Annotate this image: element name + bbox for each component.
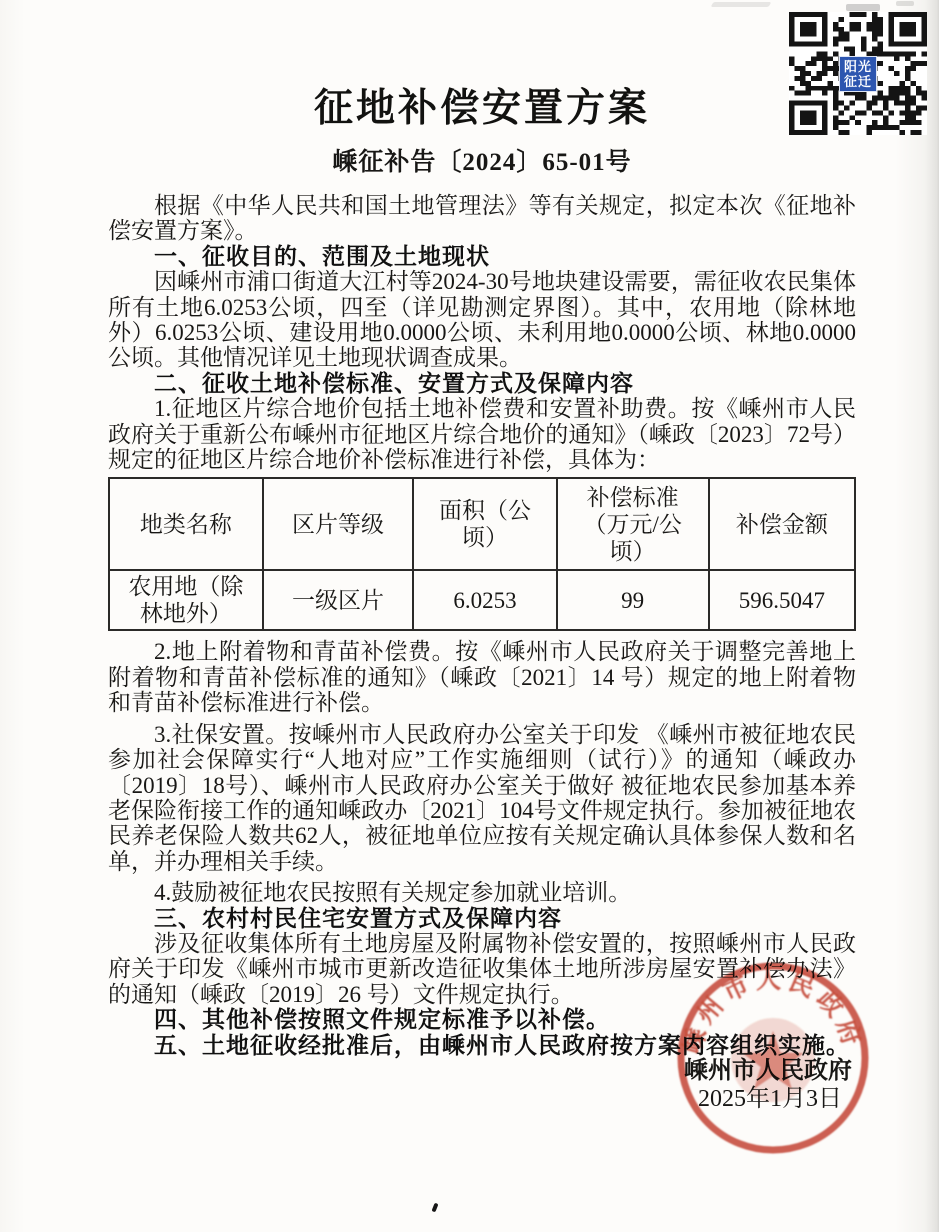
section-2-paragraph-3: 3.社保安置。按嵊州市人民政府办公室关于印发 《嵊州市被征地农民参加社会保障实行… [108, 722, 856, 874]
page-title: 征地补偿安置方案 [108, 86, 856, 132]
section-5-heading: 五、土地征收经批准后，由嵊州市人民政府按方案内容组织实施。 [108, 1033, 856, 1058]
table-header-row: 地类名称 区片等级 面积（公顷） 补偿标准（万元/公顷） 补偿金额 [109, 478, 855, 570]
section-3-paragraph: 涉及征收集体所有土地房屋及附属物补偿安置的，按照嵊州市人民政府关于印发《嵊州市城… [108, 931, 856, 1007]
cell-zone-grade: 一级区片 [263, 570, 414, 630]
section-2-paragraph-1: 1.征地区片综合地价包括土地补偿费和安置补助费。按《嵊州市人民政府关于重新公布嵊… [108, 396, 856, 472]
cell-area: 6.0253 [413, 570, 556, 630]
signature-issuer: 嵊州市人民政府 [108, 1058, 856, 1084]
section-2-paragraph-4: 4.鼓励被征地农民按照有关规定参加就业培训。 [108, 880, 856, 905]
scan-smudge [896, 1, 914, 6]
document-body: 征地补偿安置方案 嵊征补告〔2024〕65-01号 根据《中华人民共和国土地管理… [108, 0, 856, 1112]
scan-speck [431, 1203, 438, 1213]
col-header-zone-grade: 区片等级 [263, 478, 414, 570]
intro-paragraph: 根据《中华人民共和国土地管理法》等有关规定，拟定本次《征地补偿安置方案》。 [108, 193, 856, 244]
section-1-paragraph: 因嵊州市浦口街道大江村等2024-30号地块建设需要，需征收农民集体所有土地6.… [108, 269, 856, 371]
cell-amount: 596.5047 [709, 570, 855, 630]
section-1-heading: 一、征收目的、范围及土地现状 [108, 244, 856, 269]
table-row: 农用地（除林地外） 一级区片 6.0253 99 596.5047 [109, 570, 855, 630]
section-3-heading: 三、农村村民住宅安置方式及保障内容 [108, 906, 856, 931]
compensation-table: 地类名称 区片等级 面积（公顷） 补偿标准（万元/公顷） 补偿金额 农用地（除林… [108, 477, 856, 631]
section-2-heading: 二、征收土地补偿标准、安置方式及保障内容 [108, 371, 856, 396]
section-2-paragraph-2: 2.地上附着物和青苗补偿费。按《嵊州市人民政府关于调整完善地上附着物和青苗补偿标… [108, 639, 856, 715]
doc-number: 嵊征补告〔2024〕65-01号 [108, 148, 856, 177]
cell-land-type: 农用地（除林地外） [109, 570, 263, 630]
document-page: 阳光 征迁 征地补偿安置方案 嵊征补告〔2024〕65-01号 根据《中华人民共… [0, 0, 939, 1232]
col-header-area: 面积（公顷） [413, 478, 556, 570]
section-4-heading: 四、其他补偿按照文件规定标准予以补偿。 [108, 1007, 856, 1032]
col-header-land-type: 地类名称 [109, 478, 263, 570]
col-header-amount: 补偿金额 [709, 478, 855, 570]
cell-standard: 99 [557, 570, 709, 630]
col-header-standard: 补偿标准（万元/公顷） [557, 478, 709, 570]
signature-date: 2025年1月3日 [108, 1086, 856, 1112]
